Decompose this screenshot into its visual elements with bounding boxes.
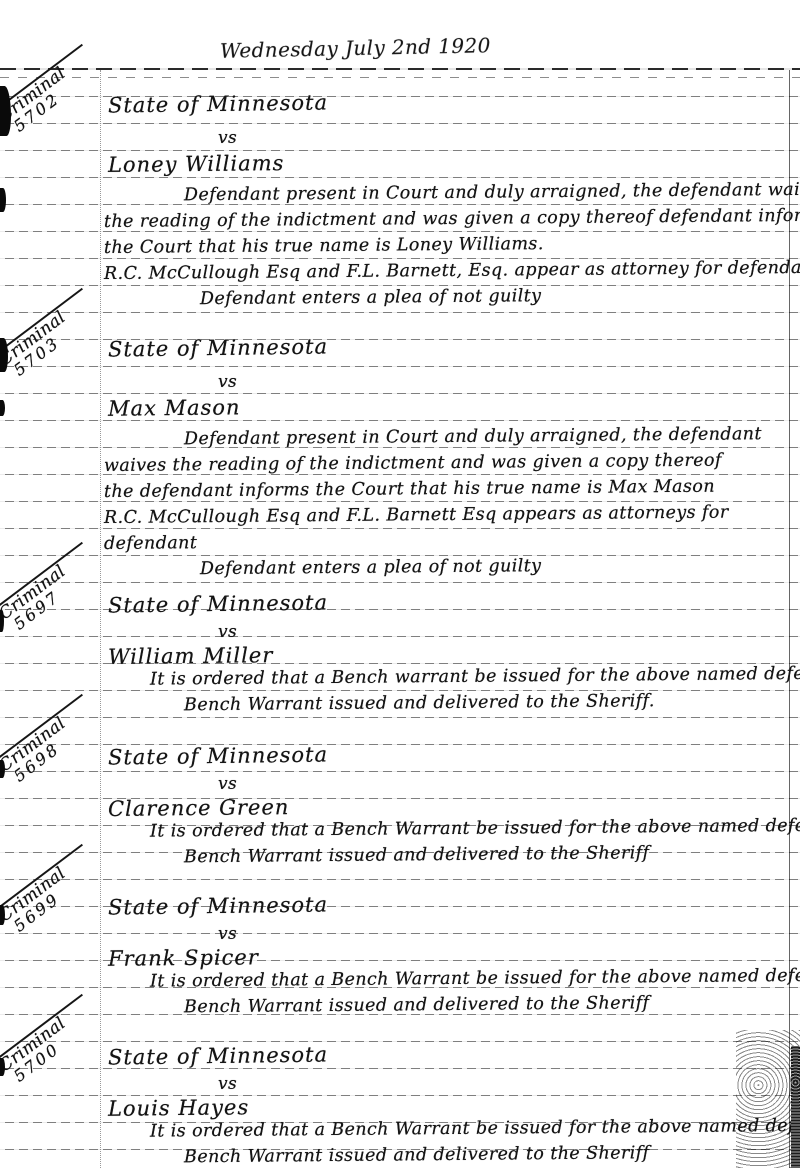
- entry-text-line: Bench Warrant issued and delivered to th…: [104, 1139, 788, 1168]
- plaintiff-name: State of Minnesota: [108, 1042, 328, 1069]
- entry-body: It is ordered that a Bench Warrant be is…: [104, 966, 788, 1018]
- court-ledger-page: Wednesday July 2nd 1920 Criminal 5702 St…: [0, 0, 800, 1168]
- versus-label: vs: [218, 774, 237, 794]
- scan-edge-artifact: [0, 760, 5, 778]
- versus-label: vs: [218, 128, 237, 148]
- defendant-name: Loney Williams: [108, 151, 285, 177]
- right-margin-line: [789, 70, 790, 1168]
- entry-body: It is ordered that a Bench Warrant be is…: [104, 816, 788, 868]
- entry-text-line: Bench Warrant issued and delivered to th…: [104, 687, 788, 719]
- scan-edge-artifact: [0, 400, 5, 416]
- scan-edge-artifact: [0, 188, 6, 212]
- scan-edge-artifact: [0, 1058, 5, 1076]
- versus-label: vs: [218, 372, 237, 392]
- entry-text-line: Defendant enters a plea of not guilty: [104, 281, 788, 313]
- plaintiff-name: State of Minnesota: [108, 334, 328, 361]
- scan-edge-artifact: [0, 338, 8, 372]
- page-date-heading: Wednesday July 2nd 1920: [220, 33, 491, 63]
- plaintiff-name: State of Minnesota: [108, 892, 328, 919]
- versus-label: vs: [218, 622, 237, 642]
- top-rule: [0, 68, 800, 70]
- versus-label: vs: [218, 924, 237, 944]
- entry-body: It is ordered that a Bench warrant be is…: [104, 664, 788, 716]
- scan-edge-artifact: [0, 610, 4, 632]
- scan-edge-band: [791, 1046, 800, 1168]
- entry-body: Defendant present in Court and duly arra…: [104, 180, 788, 310]
- versus-label: vs: [218, 1074, 237, 1094]
- entry-text-line: Defendant enters a plea of not guilty: [104, 551, 788, 583]
- entry-text-line: Bench Warrant issued and delivered to th…: [104, 989, 788, 1021]
- plaintiff-name: State of Minnesota: [108, 90, 328, 117]
- plaintiff-name: State of Minnesota: [108, 742, 328, 769]
- top-rule-secondary: [0, 77, 800, 78]
- entry-body: It is ordered that a Bench Warrant be is…: [104, 1116, 788, 1168]
- scan-edge-artifact: [0, 905, 5, 925]
- defendant-name: Max Mason: [108, 395, 241, 420]
- entry-body: Defendant present in Court and duly arra…: [104, 424, 788, 580]
- margin-line: [100, 70, 101, 1168]
- plaintiff-name: State of Minnesota: [108, 590, 328, 617]
- entry-text-line: Bench Warrant issued and delivered to th…: [104, 839, 788, 871]
